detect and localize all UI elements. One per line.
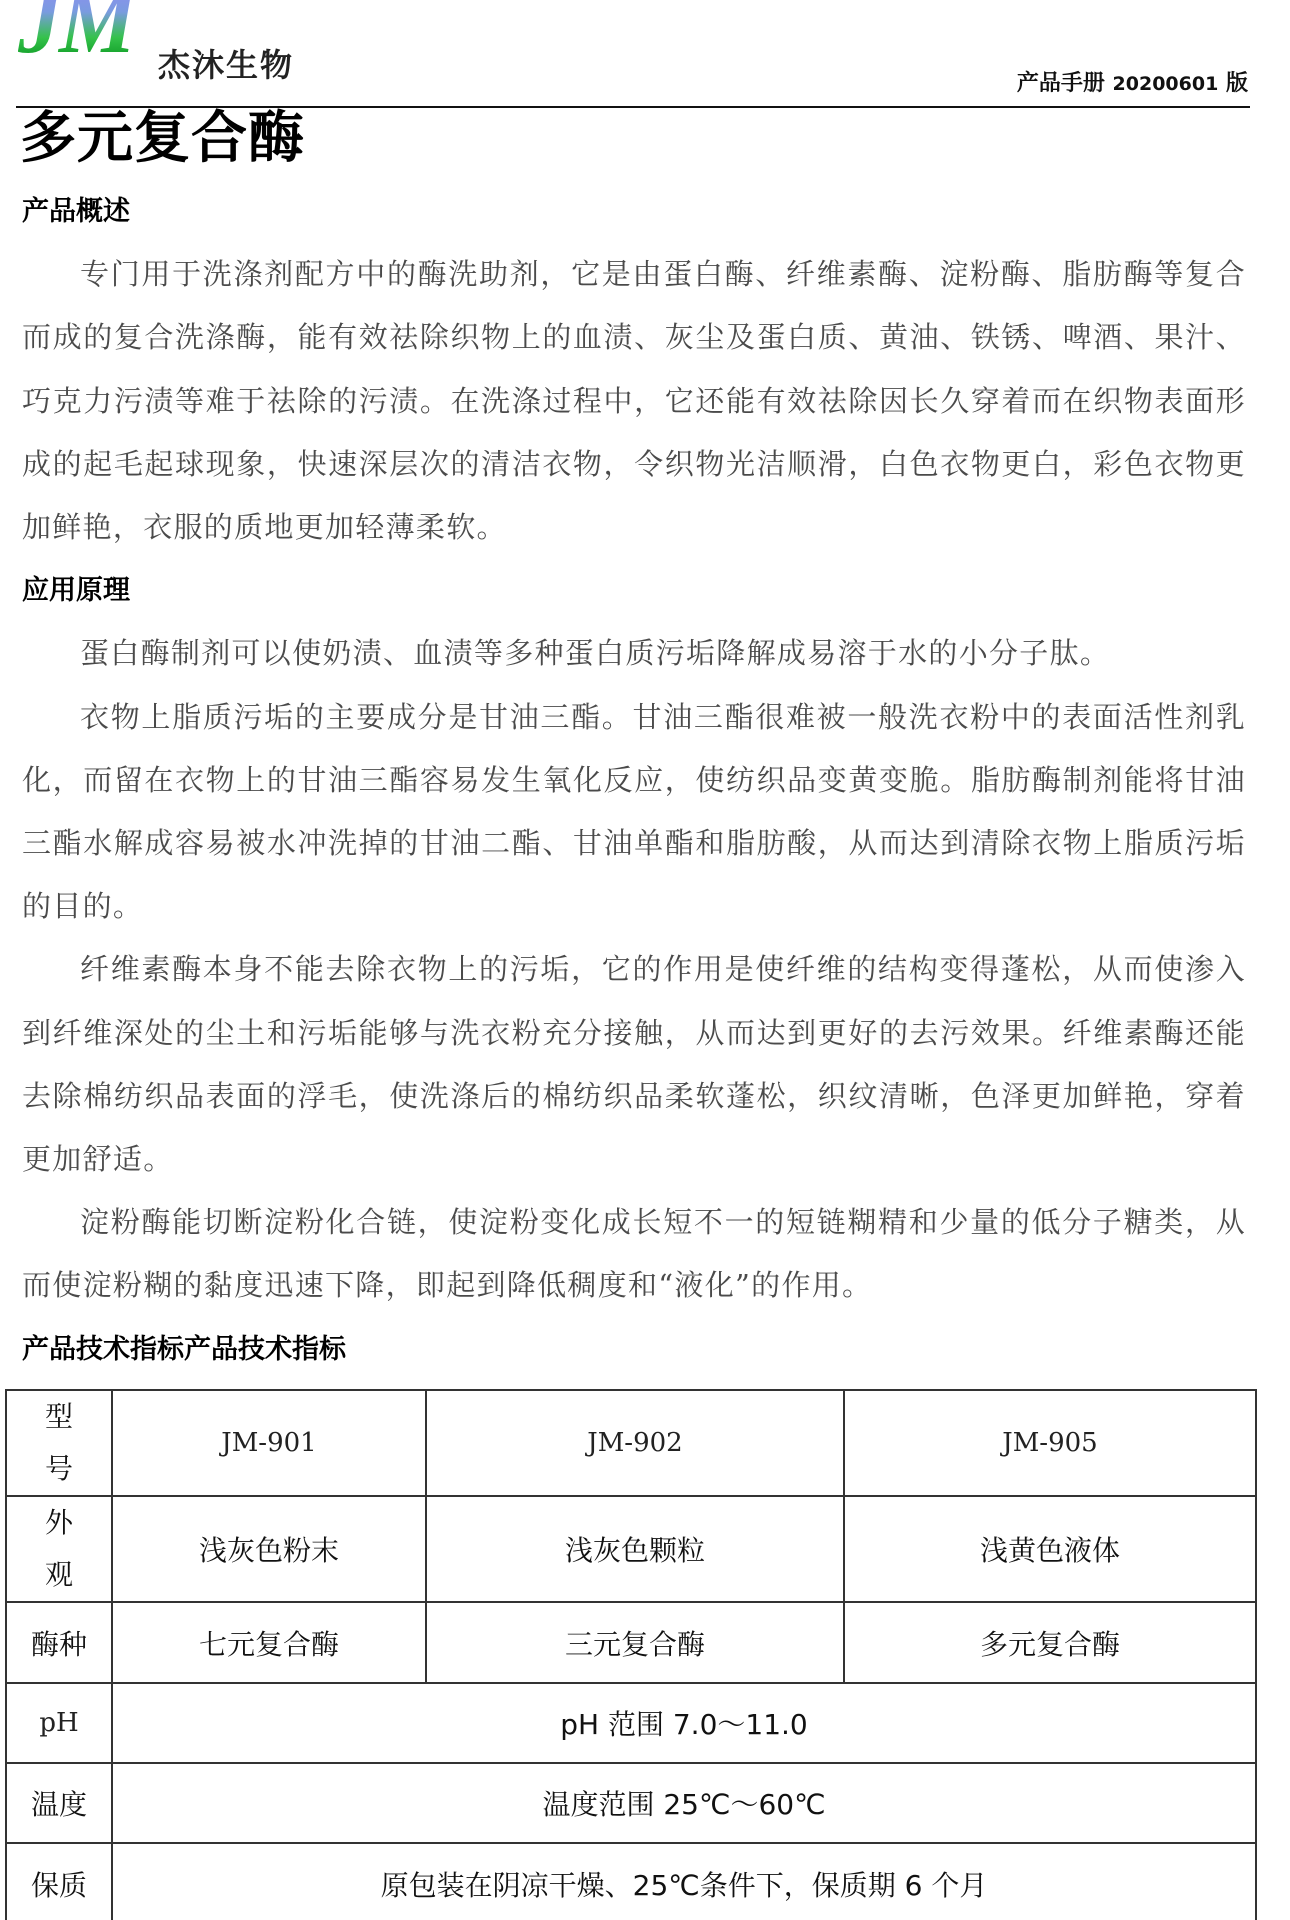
- cell-appearance-3: 浅黄色液体: [844, 1496, 1256, 1602]
- table-row-model: 型号 JM-901 JM-902 JM-905: [6, 1390, 1256, 1496]
- section-heading-principle: 应用原理: [22, 559, 1246, 622]
- row-label-ph: pH: [6, 1683, 112, 1763]
- cell-enzyme-type-2: 三元复合酶: [426, 1602, 844, 1683]
- cell-shelf-life: 原包装在阴凉干燥、25℃条件下，保质期 6 个月: [112, 1843, 1256, 1920]
- company-logo: JM: [18, 0, 133, 60]
- page-title: 多元复合酶: [20, 108, 305, 170]
- cell-temperature-range: 温度范围 25℃～60℃: [112, 1763, 1256, 1843]
- cell-appearance-1: 浅灰色粉末: [112, 1496, 426, 1602]
- manual-suffix: 版: [1226, 71, 1248, 96]
- principle-paragraph-cellulase: 纤维素酶本身不能去除衣物上的污垢，它的作用是使纤维的结构变得蓬松，从而使渗入到纤…: [22, 938, 1246, 1191]
- cell-model-2: JM-902: [426, 1390, 844, 1496]
- spec-table: 型号 JM-901 JM-902 JM-905 外观 浅灰色粉末 浅灰色颗粒 浅…: [5, 1389, 1257, 1920]
- row-label-appearance: 外观: [6, 1496, 112, 1602]
- logo-mark: JM: [18, 0, 133, 60]
- principle-paragraph-protease: 蛋白酶制剂可以使奶渍、血渍等多种蛋白质污垢降解成易溶于水的小分子肽。: [22, 622, 1246, 685]
- row-label-shelf-life: 保质: [6, 1843, 112, 1920]
- manual-version: 20200601: [1113, 73, 1219, 95]
- label-text: 外观: [45, 1497, 73, 1601]
- cell-enzyme-type-3: 多元复合酶: [844, 1602, 1256, 1683]
- manual-version-label: 产品手册 20200601 版: [1017, 66, 1248, 97]
- table-row-shelf-life: 保质 原包装在阴凉干燥、25℃条件下，保质期 6 个月: [6, 1843, 1256, 1920]
- table-row-temperature: 温度 温度范围 25℃～60℃: [6, 1763, 1256, 1843]
- cell-model-3: JM-905: [844, 1390, 1256, 1496]
- company-name: 杰沐生物: [158, 40, 294, 86]
- row-label-model: 型号: [6, 1390, 112, 1496]
- section-heading-overview: 产品概述: [22, 180, 1246, 243]
- cell-ph-range: pH 范围 7.0～11.0: [112, 1683, 1256, 1763]
- principle-paragraph-lipase: 衣物上脂质污垢的主要成分是甘油三酯。甘油三酯很难被一般洗衣粉中的表面活性剂乳化，…: [22, 686, 1246, 939]
- table-row-enzyme-type: 酶种 七元复合酶 三元复合酶 多元复合酶: [6, 1602, 1256, 1683]
- cell-enzyme-type-1: 七元复合酶: [112, 1602, 426, 1683]
- table-row-ph: pH pH 范围 7.0～11.0: [6, 1683, 1256, 1763]
- row-label-enzyme-type: 酶种: [6, 1602, 112, 1683]
- manual-label: 产品手册: [1017, 71, 1105, 96]
- row-label-temperature: 温度: [6, 1763, 112, 1843]
- label-text: 型号: [45, 1391, 73, 1495]
- document-body: 产品概述 专门用于洗涤剂配方中的酶洗助剂，它是由蛋白酶、纤维素酶、淀粉酶、脂肪酶…: [22, 180, 1246, 1381]
- cell-appearance-2: 浅灰色颗粒: [426, 1496, 844, 1602]
- principle-paragraph-amylase: 淀粉酶能切断淀粉化合链，使淀粉变化成长短不一的短链糊精和少量的低分子糖类，从而使…: [22, 1191, 1246, 1317]
- table-row-appearance: 外观 浅灰色粉末 浅灰色颗粒 浅黄色液体: [6, 1496, 1256, 1602]
- overview-paragraph: 专门用于洗涤剂配方中的酶洗助剂，它是由蛋白酶、纤维素酶、淀粉酶、脂肪酶等复合而成…: [22, 243, 1246, 559]
- section-heading-specs: 产品技术指标产品技术指标: [22, 1318, 1246, 1381]
- cell-model-1: JM-901: [112, 1390, 426, 1496]
